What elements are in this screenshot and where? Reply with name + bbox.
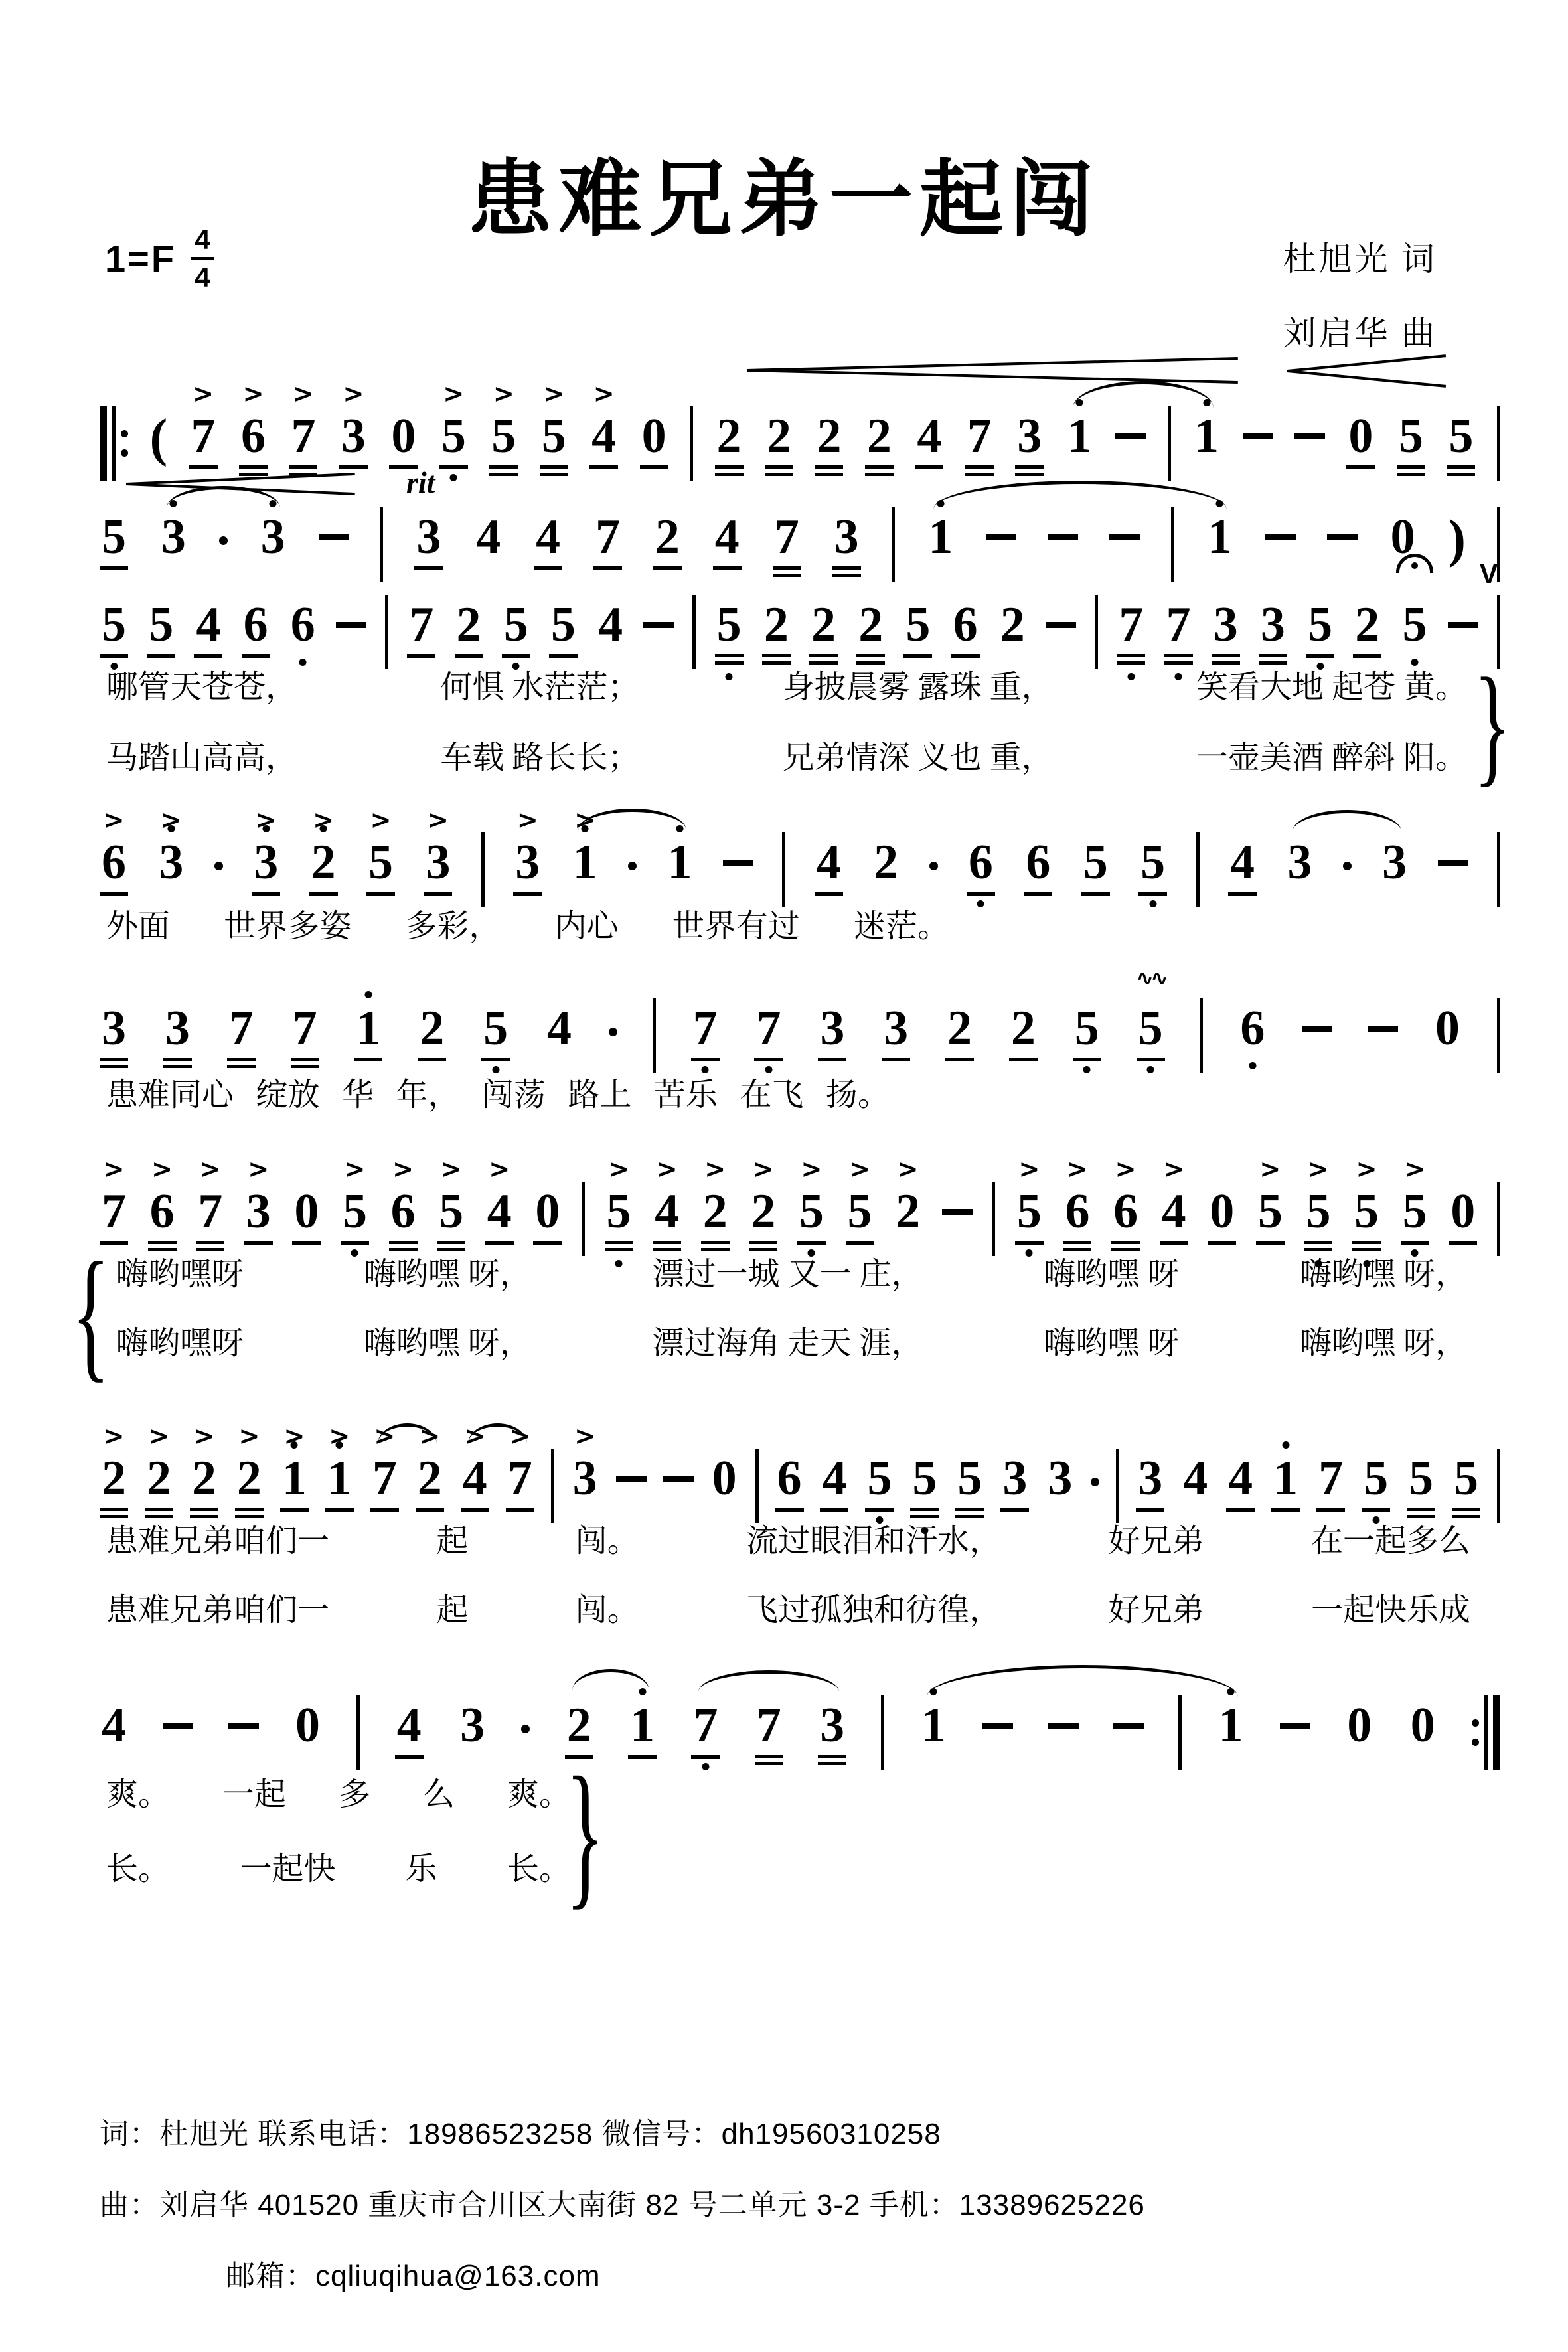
note: 6 bbox=[1238, 1004, 1267, 1058]
repeat-dot bbox=[121, 430, 128, 437]
accent-icon: > bbox=[1259, 1156, 1281, 1182]
note: 1> bbox=[325, 1454, 354, 1512]
augmentation-dot bbox=[1091, 1454, 1099, 1486]
hairpin-line bbox=[126, 473, 355, 485]
barline-mark bbox=[1497, 406, 1500, 481]
duration-dash bbox=[986, 512, 1016, 540]
lyric-segment: 好兄弟 bbox=[1109, 1523, 1204, 1559]
note-digit: 3 bbox=[163, 1004, 192, 1068]
lyrics-brace: } bbox=[566, 1754, 605, 1916]
parenthesis: ) bbox=[1448, 512, 1466, 570]
note: 0 bbox=[1409, 1701, 1437, 1755]
note-digit: 4 bbox=[820, 1454, 848, 1512]
note-digit: 7 bbox=[1316, 1454, 1345, 1512]
meter-numerator: 4 bbox=[195, 226, 210, 254]
note: 5> bbox=[437, 1187, 465, 1251]
hairpin-crescendo-icon bbox=[126, 473, 355, 493]
accent-icon: > bbox=[392, 1156, 414, 1182]
octave-dot-high bbox=[336, 1441, 343, 1449]
note-digit: 7 bbox=[755, 1701, 783, 1765]
lyric-segment: 起 bbox=[436, 1523, 468, 1559]
note-digit: 0 bbox=[640, 412, 668, 469]
lyric-segment: 流过眼泪和汗水， bbox=[746, 1523, 1001, 1559]
lyrics-line: 患难兄弟咱们一起闯。流过眼泪和汗水，好兄弟在一起多么 bbox=[106, 1523, 1470, 1559]
lyric-segment: 一起 bbox=[222, 1776, 286, 1813]
note-digit: 1 bbox=[1206, 512, 1234, 566]
note-digit: 7 bbox=[289, 412, 317, 476]
note-digit: 2 bbox=[715, 412, 744, 476]
note-digit: 5 bbox=[1401, 1187, 1429, 1245]
note: 5 bbox=[1081, 838, 1110, 896]
note-digit: 4 bbox=[545, 1004, 574, 1058]
dash-mark bbox=[228, 1723, 259, 1729]
note: 0 bbox=[1345, 1701, 1373, 1755]
note-digit: 7 bbox=[754, 1004, 783, 1061]
barline-mark bbox=[1095, 595, 1098, 669]
lyric-segment: 长。 bbox=[106, 1851, 170, 1887]
note-digit: 5 bbox=[865, 1454, 894, 1512]
music-line: 554667255452225627733525V bbox=[100, 600, 1500, 669]
music-line: 4043217731100 bbox=[100, 1701, 1500, 1770]
note: 3 bbox=[882, 1004, 910, 1061]
barline-mark bbox=[356, 1695, 360, 1770]
dash-mark bbox=[1109, 534, 1140, 540]
slur-arc bbox=[1293, 810, 1402, 832]
dot-mark bbox=[929, 862, 938, 870]
note-digit: 3 bbox=[157, 838, 185, 892]
note-digit: 5 bbox=[489, 412, 518, 476]
dot-mark bbox=[1091, 1478, 1099, 1486]
note: 4 bbox=[1226, 1454, 1255, 1512]
note-digit: 5 bbox=[797, 1187, 826, 1245]
barline-mark bbox=[1497, 1182, 1500, 1256]
duration-dash bbox=[1302, 1004, 1332, 1032]
barline-mark bbox=[653, 998, 656, 1073]
note-digit: 2 bbox=[309, 838, 338, 896]
note-digit: 5 bbox=[1138, 838, 1167, 896]
lyric-segment: 嗨哟嘿呀 bbox=[116, 1325, 244, 1362]
accent-icon: > bbox=[543, 381, 564, 406]
duration-dash bbox=[163, 1701, 193, 1729]
note: 5 bbox=[100, 600, 128, 658]
lyric-segment: 迷茫。 bbox=[854, 908, 949, 945]
barline bbox=[1497, 1187, 1500, 1256]
slur-arc bbox=[1073, 381, 1214, 408]
note-digit: 2 bbox=[894, 1187, 922, 1241]
music-line: 3377125477332255∿∿60 bbox=[100, 1004, 1500, 1073]
barline bbox=[1196, 838, 1200, 907]
note: 3 bbox=[1212, 600, 1240, 665]
lyric-segment: 嗨哟嘿 呀 bbox=[1044, 1325, 1179, 1362]
lyric-segment: 世界多姿 bbox=[224, 908, 351, 945]
note-digit: 5 bbox=[1081, 838, 1110, 896]
note: 7 bbox=[1117, 600, 1145, 665]
note-digit: 5 bbox=[540, 412, 568, 476]
lyric-segment: 漂过一城 又一 庄， bbox=[652, 1256, 923, 1293]
note-digit: 3 bbox=[1000, 1454, 1029, 1512]
note-digit: 2 bbox=[765, 412, 793, 476]
octave-dot-low bbox=[1411, 659, 1418, 666]
accent-icon: > bbox=[104, 1156, 125, 1182]
note-digit: 5 bbox=[1400, 600, 1429, 654]
note: 1 bbox=[926, 512, 955, 566]
barline-mark bbox=[1116, 1449, 1119, 1523]
duration-dash bbox=[942, 1187, 973, 1215]
note: 4> bbox=[589, 412, 618, 469]
accent-icon: > bbox=[104, 807, 125, 832]
note-digit: 5 bbox=[1073, 1004, 1101, 1061]
note-digit: 3 bbox=[1285, 838, 1314, 892]
sheet-music-page: 患难兄弟一起闯 1=F 4 4 杜旭光 词 刘启华 曲 (7>6>7>3>05>… bbox=[0, 0, 1568, 2352]
lyric-segment: 嗨哟嘿 呀， bbox=[1300, 1256, 1467, 1293]
dash-mark bbox=[643, 622, 674, 628]
note-digit: 1 bbox=[571, 838, 599, 892]
duration-dash bbox=[1113, 1701, 1144, 1729]
note-digit: 2 bbox=[749, 1187, 777, 1251]
note-digit: 4 bbox=[653, 1187, 681, 1251]
dash-mark bbox=[1048, 534, 1078, 540]
music-line: 53334472473110) bbox=[100, 512, 1500, 582]
note-digit: 3 bbox=[882, 1004, 910, 1061]
note-digit: 5 bbox=[437, 1187, 465, 1251]
octave-dot-low bbox=[1149, 900, 1156, 907]
accent-icon: > bbox=[657, 1156, 678, 1182]
note: 5 bbox=[1452, 1454, 1480, 1518]
barline bbox=[481, 838, 485, 907]
note-digit: 3 bbox=[339, 412, 368, 469]
accent-icon: > bbox=[193, 381, 214, 406]
note-digit: 5 bbox=[549, 600, 578, 658]
dash-mark bbox=[723, 860, 753, 866]
lyric-segment: 路上 bbox=[568, 1077, 631, 1113]
note-digit: 2 bbox=[145, 1454, 173, 1518]
note: 0 bbox=[640, 412, 668, 469]
slur-arc bbox=[933, 481, 1227, 509]
lyric-segment: 在一起多么 bbox=[1311, 1523, 1470, 1559]
dash-mark bbox=[1048, 1723, 1079, 1729]
barline bbox=[551, 1454, 554, 1523]
barline bbox=[1497, 838, 1500, 907]
note: 5> bbox=[1304, 1187, 1332, 1251]
repeat-dot bbox=[1472, 1739, 1479, 1746]
dot-mark bbox=[609, 1028, 617, 1036]
accent-icon: > bbox=[151, 1156, 173, 1182]
parenthesis-glyph: ( bbox=[149, 412, 167, 469]
note-digit: 6 bbox=[242, 600, 270, 658]
note: 3 bbox=[818, 1004, 846, 1061]
barline bbox=[1116, 1454, 1119, 1523]
note-digit: 2 bbox=[418, 1004, 446, 1061]
note: 3 bbox=[458, 1701, 487, 1755]
duration-dash bbox=[1046, 600, 1076, 628]
note: 5> bbox=[846, 1187, 874, 1245]
lyric-segment: 长。 bbox=[507, 1851, 571, 1887]
note: 3 bbox=[100, 1004, 128, 1068]
note: 5> bbox=[1256, 1187, 1285, 1245]
note-digit: 5 bbox=[341, 1187, 369, 1245]
lyric-segment: 兄弟情深 义也 重， bbox=[783, 740, 1054, 776]
note-digit: 1 bbox=[926, 512, 955, 566]
note: 7 bbox=[965, 412, 994, 476]
note: 0 bbox=[1433, 1004, 1462, 1058]
accent-icon: > bbox=[293, 381, 314, 406]
barline bbox=[1200, 1004, 1203, 1073]
repeat-dot bbox=[121, 449, 128, 457]
note-digit: 4 bbox=[1160, 1187, 1188, 1245]
note: 3> bbox=[244, 1187, 273, 1245]
lyric-segment: 笑看大地 起苍 黄。 bbox=[1196, 669, 1467, 706]
note-digit: 7 bbox=[1117, 600, 1145, 665]
note: 0 bbox=[389, 412, 418, 469]
parenthesis: ( bbox=[149, 412, 167, 469]
slur-arc bbox=[572, 1669, 650, 1691]
lyric-segment: 一壶美酒 醉斜 阳。 bbox=[1196, 740, 1467, 776]
duration-dash bbox=[1048, 512, 1078, 540]
note: 6> bbox=[389, 1187, 418, 1251]
accent-icon: > bbox=[194, 1423, 215, 1449]
note-digit: 5 bbox=[1137, 1004, 1165, 1061]
accent-icon: > bbox=[441, 1156, 462, 1182]
accent-icon: > bbox=[608, 1156, 629, 1182]
note-digit: 4 bbox=[815, 838, 843, 896]
key-signature: 1=F 4 4 bbox=[105, 226, 214, 291]
lyric-segment: 苦乐 bbox=[654, 1077, 718, 1113]
note: 2> bbox=[100, 1454, 128, 1518]
parenthesis-glyph: ) bbox=[1448, 512, 1466, 570]
note: 4 bbox=[820, 1454, 848, 1512]
lyrics-line: 嗨哟嘿呀嗨哟嘿 呀，漂过一城 又一 庄，嗨哟嘿 呀嗨哟嘿 呀， bbox=[116, 1256, 1467, 1293]
note: 4 bbox=[1181, 1454, 1210, 1508]
note: 6 bbox=[1024, 838, 1052, 896]
note-digit: 3 bbox=[571, 1454, 599, 1508]
note-digit: 3 bbox=[100, 1004, 128, 1068]
note: 3 bbox=[1259, 600, 1287, 665]
lyricist-credit: 杜旭光 词 bbox=[1283, 232, 1438, 280]
note-digit: 6 bbox=[239, 412, 268, 476]
note: 1 bbox=[354, 1004, 382, 1061]
note-digit: 3 bbox=[159, 512, 188, 566]
lyric-segment: 好兄弟 bbox=[1109, 1592, 1204, 1628]
duration-dash bbox=[663, 1454, 694, 1482]
note-digit: 1 bbox=[1271, 1454, 1300, 1512]
note-digit: 2 bbox=[865, 412, 894, 476]
barline-mark bbox=[1497, 832, 1500, 907]
note: 7 bbox=[1316, 1454, 1345, 1512]
note: 4> bbox=[1160, 1187, 1188, 1245]
accent-icon: > bbox=[428, 807, 449, 832]
note: 4 bbox=[1228, 838, 1257, 896]
lyric-segment: 患难兄弟咱们一 bbox=[106, 1523, 329, 1559]
note: 2 bbox=[1353, 600, 1381, 658]
dash-mark bbox=[1302, 1026, 1332, 1032]
dot-mark bbox=[1343, 862, 1352, 870]
note-digit: 1 bbox=[325, 1454, 354, 1512]
note: 4 bbox=[815, 838, 843, 896]
octave-dot-low bbox=[299, 659, 307, 666]
duration-dash bbox=[643, 600, 674, 628]
dash-mark bbox=[616, 1476, 647, 1482]
note: 7> bbox=[370, 1454, 399, 1512]
note-digit: 2 bbox=[1353, 600, 1381, 658]
note-digit: 3 bbox=[1212, 600, 1240, 665]
note-digit: 5 bbox=[1256, 1187, 1285, 1245]
lyric-segment: 爽。 bbox=[106, 1776, 170, 1813]
augmentation-dot bbox=[628, 838, 637, 870]
barline-mark bbox=[385, 595, 388, 669]
barline-mark bbox=[1196, 832, 1200, 907]
note: 2 bbox=[998, 600, 1027, 654]
barline-mark bbox=[690, 406, 693, 481]
duration-dash bbox=[616, 1454, 647, 1482]
repeat-dots bbox=[1472, 1695, 1479, 1770]
augmentation-dot bbox=[219, 512, 228, 545]
accent-icon: > bbox=[1018, 1156, 1040, 1182]
dash-mark bbox=[1294, 433, 1325, 439]
note: 0 bbox=[1449, 1187, 1477, 1245]
note-digit: 3 bbox=[513, 838, 542, 896]
note-digit: 1 bbox=[919, 1701, 948, 1755]
accent-icon: > bbox=[1356, 1156, 1377, 1182]
barline bbox=[653, 1004, 656, 1073]
augmentation-dot bbox=[929, 838, 938, 870]
note-digit: 4 bbox=[461, 1454, 489, 1512]
accent-icon: > bbox=[489, 1156, 510, 1182]
note-digit: 3 bbox=[252, 838, 280, 896]
lyric-segment: 马踏山高高， bbox=[106, 740, 297, 776]
dash-mark bbox=[163, 1723, 193, 1729]
note: 7 bbox=[691, 1701, 720, 1759]
dash-mark bbox=[1327, 534, 1358, 540]
note: 3 bbox=[414, 512, 443, 570]
footer-contact-email: 邮箱：cqliuqihua@163.com bbox=[226, 2252, 601, 2294]
music-line: 6>3>3>2>5>3>3>1>1426655433 bbox=[100, 838, 1500, 907]
note-digit: 3 bbox=[1015, 412, 1044, 476]
barline bbox=[1497, 412, 1500, 481]
note-digit: 5 bbox=[1407, 1454, 1435, 1518]
note: 3> bbox=[339, 412, 368, 469]
note: 5 bbox=[100, 512, 128, 570]
barline bbox=[892, 512, 895, 582]
octave-dot-high bbox=[364, 991, 372, 998]
note: 0 bbox=[533, 1187, 562, 1245]
note: 2> bbox=[749, 1187, 777, 1251]
note: 5 bbox=[910, 1454, 939, 1518]
barline bbox=[1497, 1004, 1500, 1073]
duration-dash bbox=[1327, 512, 1358, 540]
lyric-segment: 闯。 bbox=[576, 1592, 639, 1628]
note: 5 bbox=[865, 1454, 894, 1512]
barline bbox=[1171, 512, 1174, 582]
note-digit: 3 bbox=[259, 512, 287, 566]
note-digit: 5 bbox=[846, 1187, 874, 1245]
note-digit: 7 bbox=[691, 1004, 720, 1061]
lyric-segment: 哪管天苍苍， bbox=[106, 669, 297, 706]
barline-mark bbox=[1497, 998, 1500, 1073]
accent-icon: > bbox=[493, 381, 514, 406]
note: 3 bbox=[832, 512, 861, 577]
note-digit: 5 bbox=[1304, 1187, 1332, 1251]
barline bbox=[692, 600, 696, 669]
note: 7> bbox=[196, 1187, 224, 1251]
hairpin-line bbox=[747, 369, 1238, 384]
accent-icon: > bbox=[1115, 1156, 1137, 1182]
note-digit: 4 bbox=[534, 512, 562, 570]
note-digit: 3 bbox=[832, 512, 861, 577]
note: 4 bbox=[545, 1004, 574, 1058]
note-digit: 6 bbox=[967, 838, 995, 896]
note-digit: 2 bbox=[100, 1454, 128, 1518]
slur-arc bbox=[698, 1670, 840, 1692]
note: 0 bbox=[293, 1701, 322, 1755]
duration-dash bbox=[1265, 512, 1296, 540]
note: 2 bbox=[815, 412, 843, 476]
lyric-segment: 车载 路长长； bbox=[440, 740, 639, 776]
note: 6> bbox=[239, 412, 268, 476]
note-digit: 5 bbox=[1015, 1187, 1044, 1245]
note-digit: 3 bbox=[1046, 1454, 1074, 1508]
note: 5> bbox=[1015, 1187, 1044, 1245]
note-digit: 0 bbox=[1346, 412, 1375, 469]
note: 6 bbox=[775, 1454, 804, 1512]
lyrics-line: 马踏山高高，车载 路长长；兄弟情深 义也 重，一壶美酒 醉斜 阳。 bbox=[106, 740, 1467, 776]
barline-mark bbox=[782, 832, 785, 907]
note: 5> bbox=[540, 412, 568, 476]
duration-dash bbox=[1115, 412, 1146, 439]
lyric-segment: 多 bbox=[339, 1776, 370, 1813]
music-line: 2>2>2>2>1>1>7>2>4>7>3>0645553334417555 bbox=[100, 1454, 1500, 1523]
octave-dot-low bbox=[492, 1066, 499, 1073]
augmentation-dot bbox=[214, 838, 223, 870]
note-digit: 0 bbox=[1409, 1701, 1437, 1755]
note: 6> bbox=[100, 838, 128, 896]
time-signature: 4 4 bbox=[191, 226, 214, 291]
music-line: 7>6>7>3>05>6>5>4>05>4>2>2>5>5>2>5>6>6>4>… bbox=[100, 1187, 1500, 1256]
dash-mark bbox=[982, 1723, 1013, 1729]
hairpin-crescendo-icon bbox=[747, 357, 1238, 381]
note-digit: 4 bbox=[474, 512, 503, 566]
note: 5> bbox=[341, 1187, 369, 1245]
lyric-segment: 嗨哟嘿 呀， bbox=[1300, 1325, 1467, 1362]
barline bbox=[1168, 412, 1171, 481]
accent-icon: > bbox=[370, 807, 392, 832]
lyrics-line: 患难同心绽放华年，闯荡路上苦乐在飞扬。 bbox=[106, 1077, 890, 1113]
slur-arc bbox=[927, 1665, 1239, 1697]
duration-dash bbox=[1368, 1004, 1398, 1032]
note-digit: 0 bbox=[1208, 1187, 1236, 1245]
note-digit: 6 bbox=[1024, 838, 1052, 896]
dash-mark bbox=[1448, 622, 1478, 628]
duration-dash bbox=[1109, 512, 1140, 540]
repeat-end-barline bbox=[1472, 1695, 1500, 1770]
barline bbox=[782, 838, 785, 907]
note: 4 bbox=[915, 412, 943, 469]
lyric-segment: 爽。 bbox=[507, 1776, 571, 1813]
lyric-segment: 乐 bbox=[406, 1851, 437, 1887]
note-digit: 5 bbox=[481, 1004, 510, 1061]
note-digit: 5 bbox=[1452, 1454, 1480, 1518]
note-digit: 6 bbox=[389, 1187, 418, 1251]
lyrics-line: 嗨哟嘿呀嗨哟嘿 呀，漂过海角 走天 涯，嗨哟嘿 呀嗨哟嘿 呀， bbox=[116, 1325, 1467, 1362]
note: 5> bbox=[605, 1187, 633, 1251]
note-digit: 5 bbox=[910, 1454, 939, 1518]
note: 4 bbox=[713, 512, 742, 570]
note-digit: 7 bbox=[593, 512, 622, 570]
dash-mark bbox=[1280, 1723, 1310, 1729]
note-digit: 2 bbox=[235, 1454, 264, 1518]
dot-mark bbox=[214, 862, 223, 870]
barline-mark bbox=[1168, 406, 1171, 481]
lyric-segment: 何惧 水茫茫； bbox=[440, 669, 639, 706]
